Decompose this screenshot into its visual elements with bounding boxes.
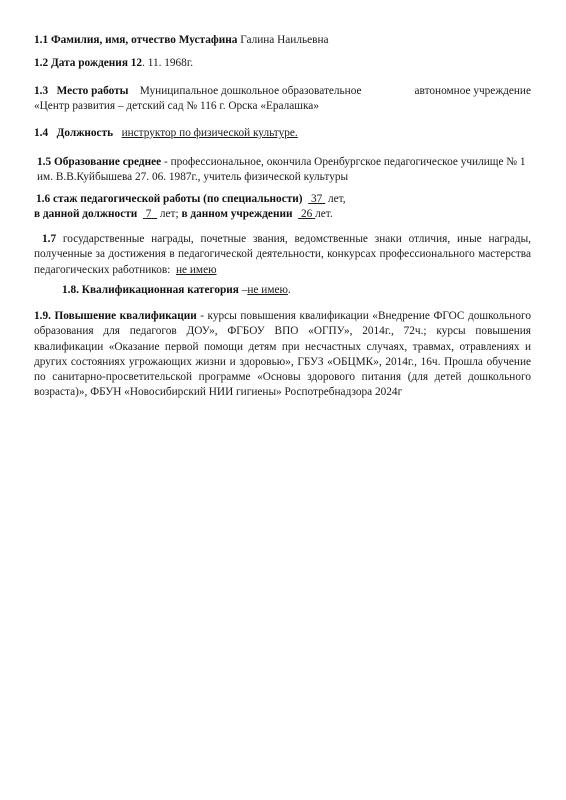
- workplace-label: 1.3 Место работы: [34, 85, 128, 97]
- institution-years-unit: лет.: [315, 208, 333, 220]
- section-experience: 1.6 стаж педагогической работы (по специ…: [34, 192, 531, 223]
- section-qualification: 1.9. Повышение квалификации - курсы повы…: [34, 309, 531, 401]
- birth-date-label: 1.2 Дата рождения: [34, 57, 128, 69]
- position-years: 7: [143, 208, 157, 220]
- category-end: .: [288, 284, 291, 296]
- experience-label: 1.6 стаж педагогической работы (по специ…: [36, 193, 303, 205]
- section-awards: 1.7 государственные награды, почетные зв…: [34, 232, 531, 278]
- awards-value: не имею: [176, 264, 217, 276]
- section-birth-date: 1.2 Дата рождения 12. 11. 1968г.: [34, 56, 531, 71]
- birth-day: 12: [131, 57, 142, 69]
- education-label: 1.5 Образование среднее: [37, 156, 161, 168]
- section-education: 1.5 Образование среднее - профессиональн…: [34, 155, 531, 186]
- position-label: 1.4 Должность: [34, 127, 113, 139]
- workplace-line2: «Центр развития – детский сад № 116 г. О…: [34, 99, 531, 114]
- surname: Мустафина: [179, 34, 238, 46]
- full-name-label: 1.1 Фамилия, имя, отчество: [34, 34, 176, 46]
- awards-label: 1.7: [42, 233, 56, 245]
- position-years-label: в данной должности: [34, 208, 137, 220]
- section-full-name: 1.1 Фамилия, имя, отчество Мустафина Гал…: [34, 33, 531, 48]
- qualification-label: 1.9. Повышение квалификации: [34, 310, 197, 322]
- awards-text: государственные награды, почетные звания…: [34, 233, 531, 276]
- section-position: 1.4 Должность инструктор по физической к…: [34, 126, 531, 141]
- category-value: не имею: [247, 284, 288, 296]
- specialty-unit: лет: [328, 193, 343, 205]
- given-name: Галина Наильевна: [240, 34, 328, 46]
- workplace-line1a: Муниципальное дошкольное образовательное: [140, 85, 362, 97]
- workplace-line1b: автономное учреждение: [415, 84, 531, 99]
- qualification-text: - курсы повышения квалификации «Внедрени…: [34, 310, 531, 398]
- section-workplace: 1.3 Место работы Муниципальное дошкольно…: [34, 84, 531, 115]
- institution-years: 26: [298, 208, 315, 220]
- position-years-unit: лет;: [160, 208, 179, 220]
- section-category: 1.8. Квалификационная категория –не имею…: [34, 283, 531, 298]
- category-label: 1.8. Квалификационная категория: [62, 284, 239, 296]
- institution-years-label: в данном учреждении: [181, 208, 292, 220]
- specialty-years: 37: [308, 193, 325, 205]
- position-value: инструктор по физической культуре.: [122, 127, 298, 139]
- birth-date-rest: . 11. 1968г.: [142, 57, 193, 69]
